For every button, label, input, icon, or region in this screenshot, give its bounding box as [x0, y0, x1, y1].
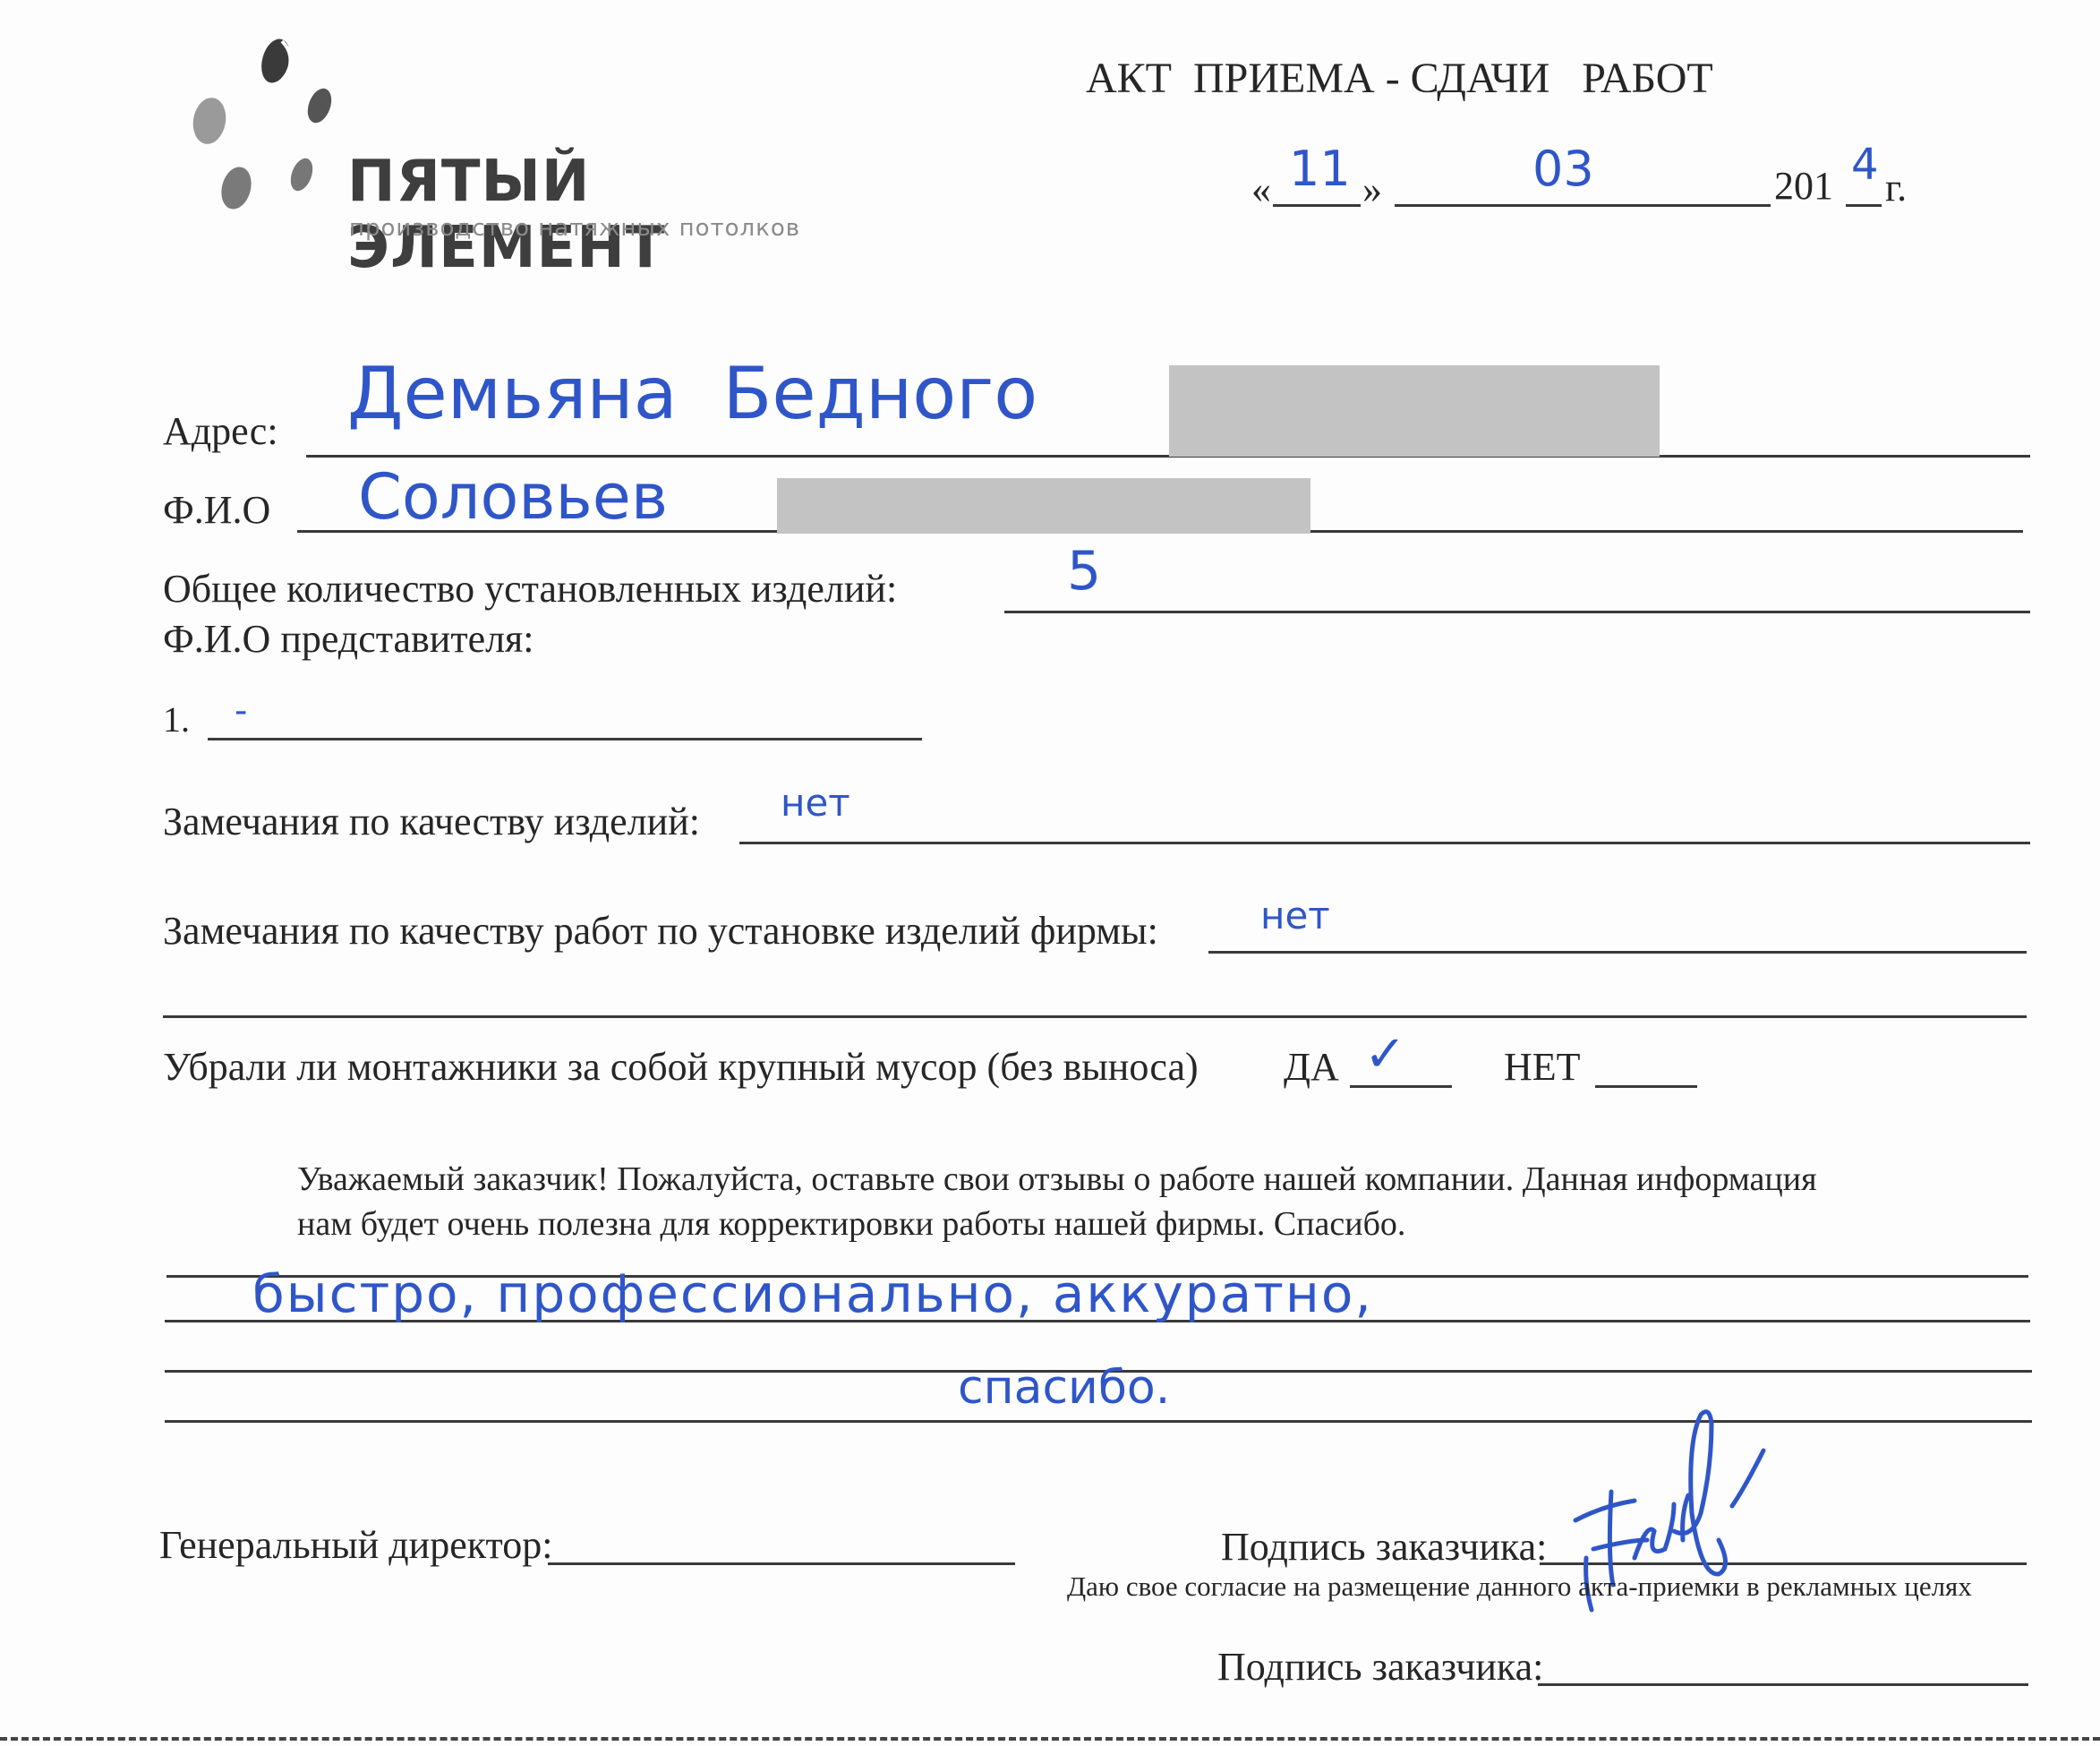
address-label: Адрес: [163, 412, 278, 451]
feedback-text-line1[interactable]: быстро, профессионально, аккуратно, [252, 1268, 1373, 1320]
consent-text: Даю свое согласие на размещение данного … [1067, 1572, 1972, 1600]
date-year-unit: г. [1885, 168, 1907, 208]
document-title: АКТ ПРИЕМА - СДАЧИ РАБОТ [1086, 57, 1713, 100]
date-day-value[interactable]: 11 [1289, 145, 1351, 193]
cleanup-yes-label: ДА [1284, 1048, 1339, 1087]
date-month-value[interactable]: 03 [1532, 145, 1594, 193]
cleanup-yes-checkmark[interactable]: ✓ [1364, 1030, 1406, 1080]
product-quality-value[interactable]: нет [781, 784, 850, 822]
total-items-label: Общее количество установленных изделий: [163, 569, 897, 609]
feedback-prompt-line2: нам будет очень полезна для корректировк… [297, 1207, 1405, 1241]
address-line [306, 455, 2030, 458]
cleanup-no-label: НЕТ [1504, 1048, 1581, 1087]
cleanup-no-line[interactable] [1595, 1085, 1697, 1088]
logo-tagline: производство натяжных потолков [349, 215, 800, 242]
logo-drops-icon [179, 36, 358, 224]
representative-value[interactable]: - [235, 693, 247, 729]
date-month-line [1395, 204, 1771, 207]
product-quality-label: Замечания по качеству изделий: [163, 802, 700, 842]
cleanup-label: Убрали ли монтажники за собой крупный му… [163, 1048, 1199, 1087]
customer-signature-line-2[interactable] [1538, 1683, 2028, 1686]
date-close-quote: » [1362, 170, 1382, 210]
product-quality-line [739, 842, 2030, 844]
address-redaction [1169, 365, 1660, 457]
installation-quality-line [1208, 951, 2027, 954]
cleanup-yes-line[interactable] [1350, 1085, 1452, 1088]
installation-quality-value[interactable]: нет [1260, 897, 1330, 935]
date-day-line [1273, 204, 1361, 207]
installation-quality-line-2 [163, 1015, 2027, 1018]
date-open-quote: « [1251, 170, 1271, 210]
installation-quality-label: Замечания по качеству работ по установке… [163, 912, 1158, 951]
representative-item-number: 1. [163, 702, 190, 738]
date-year-line [1846, 204, 1882, 207]
date-year-value[interactable]: 4 [1851, 143, 1879, 186]
date-year-prefix: 201 [1774, 167, 1833, 206]
customer-signature-label-2: Подпись заказчика: [1217, 1648, 1543, 1687]
director-label: Генеральный директор: [159, 1526, 552, 1565]
feedback-text-line2[interactable]: спасибо. [958, 1365, 1170, 1411]
full-name-redaction [777, 478, 1310, 534]
representative-label: Ф.И.О представителя: [163, 620, 534, 659]
total-items-value[interactable]: 5 [1067, 544, 1101, 598]
feedback-prompt-line1: Уважаемый заказчик! Пожалуйста, оставьте… [297, 1162, 1817, 1196]
representative-line [208, 738, 922, 740]
cut-line [0, 1737, 2100, 1741]
full-name-value[interactable]: Соловьев [358, 466, 668, 528]
customer-signature-label: Подпись заказчика: [1221, 1528, 1547, 1567]
total-items-line [1004, 611, 2030, 613]
full-name-label: Ф.И.О [163, 491, 270, 530]
director-signature-line[interactable] [548, 1562, 1015, 1565]
company-logo: ПЯТЫЙ ЭЛЕМЕНТ производство натяжных пото… [179, 36, 824, 251]
address-value[interactable]: Демьяна Бедного [347, 358, 1037, 430]
